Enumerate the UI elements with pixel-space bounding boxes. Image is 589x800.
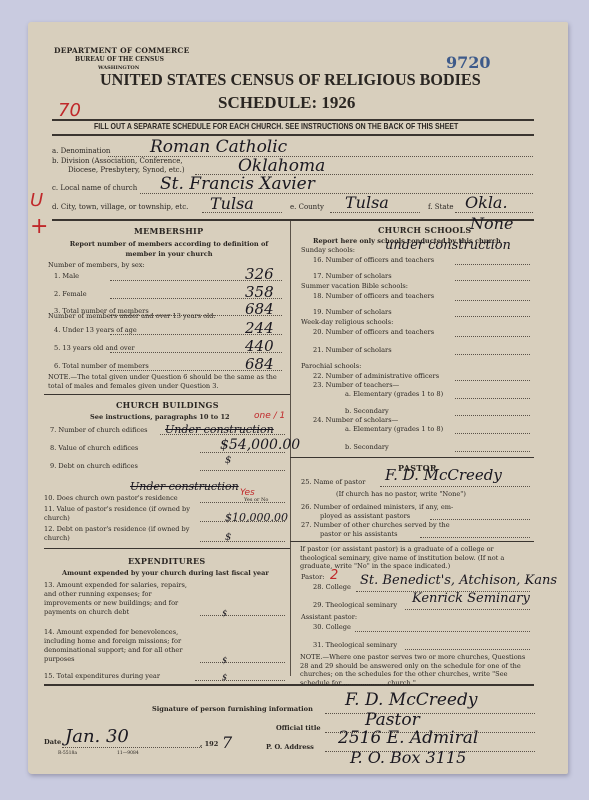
city-label: d. City, town, village, or township, etc… — [52, 203, 188, 211]
pastor-sub-label: Pastor: — [301, 573, 324, 581]
fill-line — [405, 609, 530, 610]
row-value: $ — [225, 455, 231, 466]
row-label: 24. Number of scholars— — [313, 416, 398, 424]
signature-value: F. D. McCreedy — [345, 690, 477, 710]
age-group-label: Number of members under and over 13 year… — [48, 312, 216, 320]
row-label: 23. Number of teachers— — [313, 381, 399, 389]
row-label: 21. Number of scholars — [313, 346, 392, 354]
row-label: 20. Number of officers and teachers — [313, 328, 434, 336]
row-value: 244 — [245, 319, 274, 337]
row-value: 684 — [245, 355, 274, 373]
by-sex-label: Number of members, by sex: — [48, 261, 145, 269]
expenditures-heading: EXPENDITURES — [128, 556, 205, 566]
row-label: 8. Value of church edifices — [50, 444, 138, 452]
row-value: $10,000.00 — [225, 511, 288, 524]
membership-subtitle: Report number of members according to de… — [64, 239, 274, 259]
membership-heading: MEMBERSHIP — [134, 226, 203, 236]
divider — [44, 548, 290, 549]
fill-line — [405, 649, 530, 650]
row-value: $54,000.00 — [220, 437, 300, 453]
graduate-note: If pastor (or assistant pastor) is a gra… — [300, 545, 532, 571]
row-label: b. Secondary — [345, 443, 389, 451]
church-buildings-heading: CHURCH BUILDINGS — [116, 400, 219, 410]
fill-line — [420, 537, 530, 538]
row-value: $ — [222, 673, 227, 682]
divider — [52, 134, 534, 136]
city-value: Tulsa — [210, 194, 254, 213]
year-printed: , 192 — [200, 740, 218, 748]
fill-line — [200, 615, 285, 616]
row-label: 6. Total number of members — [54, 362, 149, 370]
fill-line — [455, 300, 530, 301]
asst-college-label: 30. College — [313, 623, 351, 631]
divider — [44, 394, 290, 395]
date-value: Jan. 30 — [65, 726, 129, 747]
row-label: 2. Female — [54, 290, 87, 298]
divider — [52, 219, 534, 221]
fill-line — [62, 747, 202, 748]
fill-line — [455, 354, 530, 355]
fill-line — [200, 502, 285, 503]
row-label: a. Elementary (grades 1 to 8) — [345, 425, 443, 433]
division-label: b. Division (Association, Conference, — [52, 157, 183, 165]
row-label: 1. Male — [54, 272, 79, 280]
pastor-name-value: F. D. McCreedy — [385, 466, 502, 484]
yes-no-hint: Yes or No — [244, 497, 268, 503]
fill-line — [455, 264, 530, 265]
row-label: 14. Amount expended for benevolences, in… — [44, 628, 199, 664]
row-value: Under construction — [165, 423, 274, 436]
parochial-schools-label: Parochial schools: — [301, 362, 361, 370]
row-value: 358 — [245, 283, 274, 301]
row-label: 17. Number of scholars — [313, 272, 392, 280]
margin-mark-u: U — [30, 190, 43, 211]
college-value: St. Benedict's, Atchison, Kans — [360, 573, 557, 588]
row-label: 22. Number of administrative officers — [313, 372, 439, 380]
row-label: 15. Total expenditures during year — [44, 672, 160, 680]
fill-line — [380, 486, 530, 487]
denomination-value: Roman Catholic — [150, 137, 287, 157]
church-buildings-subtitle: See instructions, paragraphs 10 to 12 — [90, 413, 230, 421]
signature-label: Signature of person furnishing informati… — [152, 705, 313, 713]
college-label: 28. College — [313, 583, 351, 591]
pastor-mark: 2 — [330, 568, 338, 583]
bureau-label: BUREAU OF THE CENSUS — [75, 56, 164, 63]
fill-line — [195, 680, 285, 681]
address-line-1: 2516 E. Admiral — [338, 728, 478, 748]
assistant-pastor-label: Assistant pastor: — [301, 613, 357, 621]
row-label: 13. Amount expended for salaries, repair… — [44, 581, 199, 617]
row-value: 440 — [245, 337, 274, 355]
fill-line — [200, 470, 285, 471]
fill-line — [455, 316, 530, 317]
weekday-schools-label: Week-day religious schools: — [301, 318, 393, 326]
row-value: $ — [225, 532, 231, 543]
pastor-note: NOTE.—Where one pastor serves two or mor… — [300, 653, 532, 687]
sunday-schools-label: Sunday schools: — [301, 246, 355, 254]
fill-line — [455, 336, 530, 337]
row-label: 16. Number of officers and teachers — [313, 256, 434, 264]
year-digit: 7 — [222, 733, 232, 752]
row-label: 9. Debt on church edifices — [50, 462, 138, 470]
row-label: 5. 13 years old and over — [54, 344, 135, 352]
row-label: a. Elementary (grades 1 to 8) — [345, 390, 443, 398]
division-label-2: Diocese, Presbytery, Synod, etc.) — [68, 166, 185, 174]
fill-line — [200, 662, 285, 663]
margin-mark-number: 70 — [58, 100, 81, 121]
fill-line — [455, 398, 530, 399]
form-code: R-5518a — [58, 751, 77, 756]
correction-mark: one / 1 — [254, 411, 285, 421]
q27-label-2: pastor or his assistants — [320, 530, 398, 538]
sunday-schools-note: under construction — [385, 238, 511, 253]
row-value: $ — [222, 609, 227, 618]
fill-line — [200, 541, 285, 542]
fill-line — [455, 415, 530, 416]
church-name-value: St. Francis Xavier — [160, 174, 315, 194]
membership-note: NOTE.—The total given under Question 6 s… — [48, 373, 284, 391]
official-title-value: Pastor — [365, 710, 420, 730]
date-label: Date — [44, 738, 61, 746]
seminary-label: 29. Theological seminary — [313, 601, 397, 609]
division-value: Oklahoma — [238, 156, 325, 176]
state-value: Okla. — [465, 193, 508, 212]
row-value: $ — [222, 656, 227, 665]
fill-line — [455, 433, 530, 434]
fill-line — [455, 212, 533, 213]
department-label: DEPARTMENT OF COMMERCE — [54, 46, 190, 55]
q26-label-2: ployed as assistant pastors — [320, 512, 410, 520]
fill-line — [355, 631, 530, 632]
fill-line — [455, 380, 530, 381]
form-title: UNITED STATES CENSUS OF RELIGIOUS BODIES — [100, 70, 481, 90]
row-label: 19. Number of scholars — [313, 308, 392, 316]
church-schools-heading: CHURCH SCHOOLS — [378, 225, 472, 235]
church-schools-answer: None — [470, 214, 513, 233]
q27-label: 27. Number of other churches served by t… — [301, 521, 450, 529]
denomination-label: a. Denomination — [52, 147, 110, 155]
divider — [290, 457, 534, 458]
margin-mark-cross: + — [30, 214, 48, 239]
row-label: b. Secondary — [345, 407, 389, 415]
row-label: 11. Value of pastor's residence (if owne… — [44, 505, 199, 523]
row-label: 18. Number of officers and teachers — [313, 292, 434, 300]
summer-schools-label: Summer vacation Bible schools: — [301, 282, 408, 290]
row-value: 684 — [245, 300, 274, 318]
fill-line — [430, 519, 530, 520]
row-label: 10. Does church own pastor's residence — [44, 494, 178, 502]
row-value: 326 — [245, 265, 274, 283]
fill-line — [455, 280, 530, 281]
q26-label: 26. Number of ordained ministers, if any… — [301, 503, 453, 511]
pastor-name-hint: (If church has no pastor, write "None") — [336, 490, 466, 498]
row-label: 12. Debt on pastor's residence (if owned… — [44, 525, 199, 543]
pastor-name-label: 25. Name of pastor — [301, 478, 365, 486]
seminary-value: Kenrick Seminary — [412, 591, 530, 606]
row-label: 7. Number of church edifices — [50, 426, 148, 434]
fill-line — [330, 212, 420, 213]
official-title-label: Official title — [276, 724, 321, 732]
fill-line — [455, 451, 530, 452]
row-value: Under construction — [130, 480, 239, 493]
instructions-banner: FILL OUT A SEPARATE SCHEDULE FOR EACH CH… — [94, 121, 458, 131]
print-code: 11—9084 — [117, 751, 139, 756]
divider — [290, 541, 534, 542]
row-label: 4. Under 13 years of age — [54, 326, 137, 334]
county-label: e. County — [290, 203, 324, 211]
schedule-title: SCHEDULE: 1926 — [218, 93, 355, 113]
county-value: Tulsa — [345, 193, 389, 212]
asst-seminary-label: 31. Theological seminary — [313, 641, 397, 649]
state-label: f. State — [428, 203, 454, 211]
fill-line — [325, 713, 535, 714]
address-label: P. O. Address — [266, 743, 314, 751]
expenditures-subtitle: Amount expended by your church during la… — [62, 569, 269, 577]
address-line-2: P. O. Box 3115 — [350, 748, 466, 767]
church-name-label: c. Local name of church — [52, 184, 137, 192]
